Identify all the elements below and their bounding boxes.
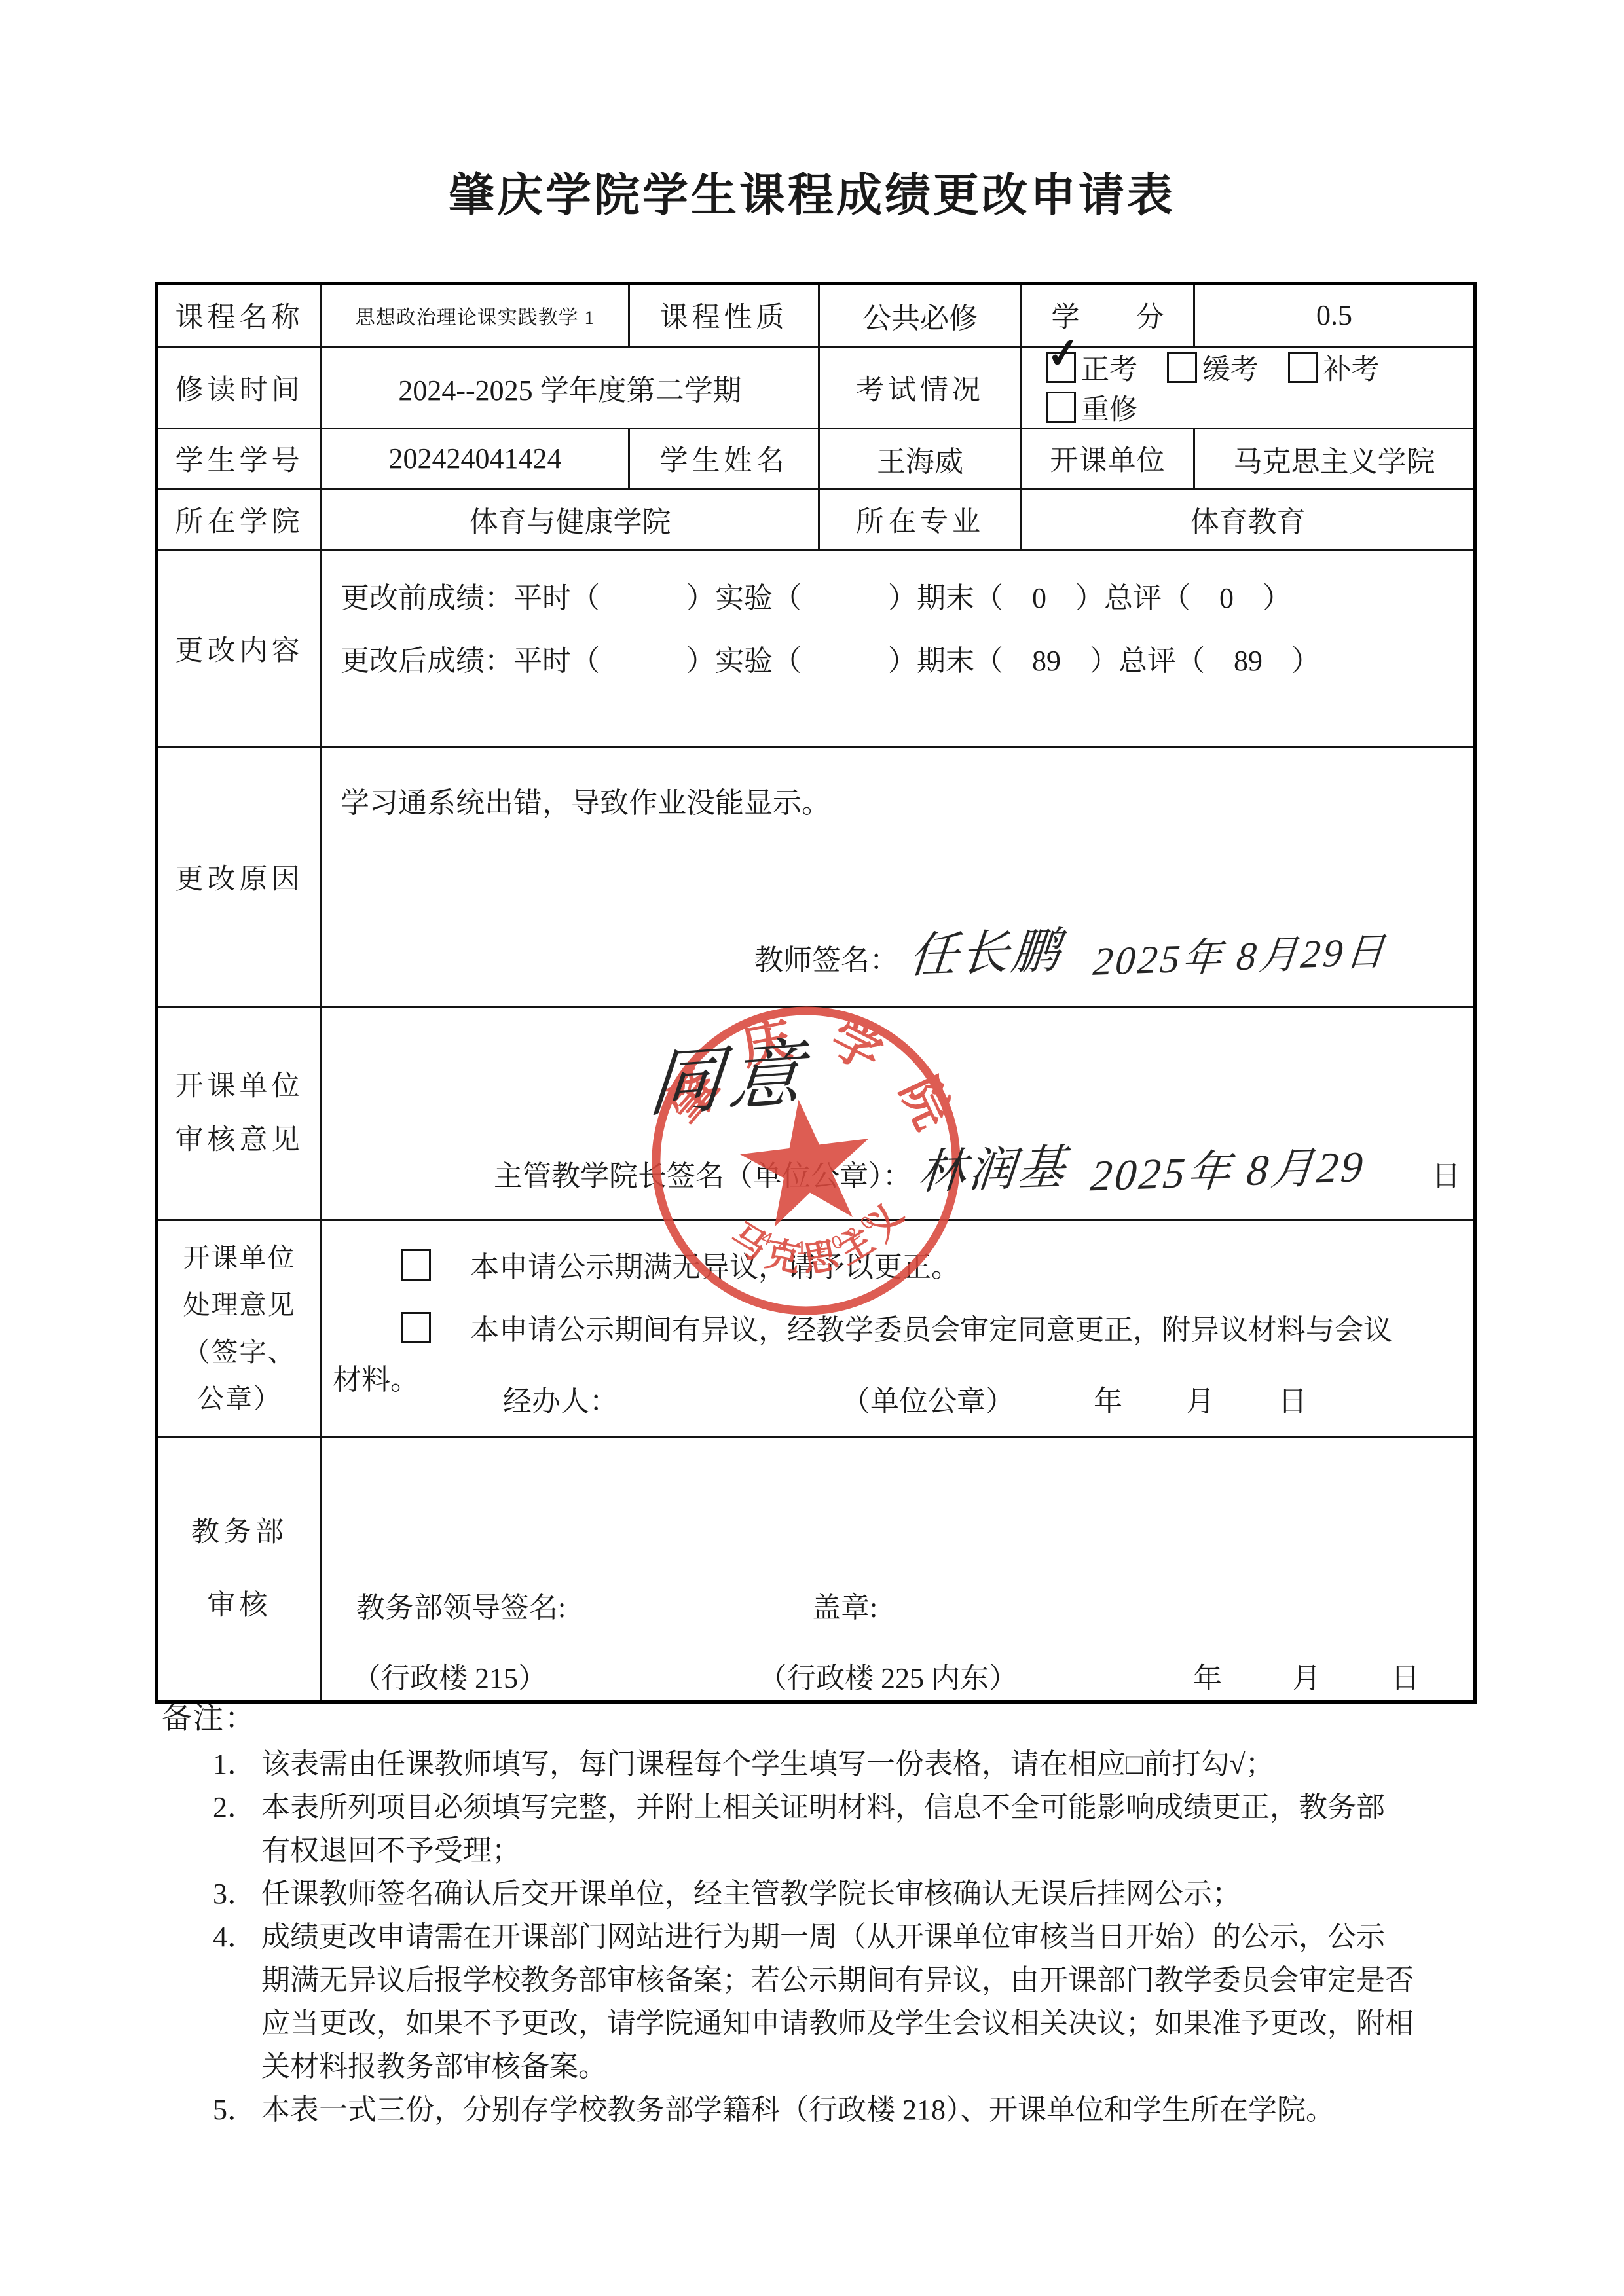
change-content-cell: 更改前成绩：平时（ ）实验（ ）期末（ 0 ）总评（ 0 ） 更改后成绩：平时（… bbox=[322, 550, 1475, 747]
day-label: 日 bbox=[1278, 1385, 1307, 1417]
registrar-cell: 教务部领导签名: 盖章: （行政楼 215） （行政楼 225 内东） 年 月 … bbox=[322, 1438, 1475, 1702]
scores-before-line: 更改前成绩：平时（ ）实验（ ）期末（ 0 ）总评（ 0 ） bbox=[341, 574, 1291, 616]
student-id-value: 202424041424 bbox=[322, 429, 629, 489]
student-name-label: 学生姓名 bbox=[629, 429, 819, 489]
unit-seal-placeholder: （单位公章） bbox=[841, 1385, 1014, 1417]
dean-signature-handwriting: 林润基 bbox=[916, 1129, 1071, 1202]
term-label: 修读时间 bbox=[157, 347, 322, 429]
note-item-2: 2． 本表所列项目必须填写完整，并附上相关证明材料，信息不全可能影响成绩更正，教… bbox=[213, 1786, 1478, 1872]
note-item-3: 3． 任课教师签名确认后交开课单位，经主管教学院长审核确认无误后挂网公示； bbox=[213, 1872, 1478, 1916]
checkbox-icon bbox=[401, 1249, 431, 1281]
major-value: 体育教育 bbox=[1022, 489, 1475, 550]
exam-option-makeup: 补考 bbox=[1288, 355, 1380, 386]
exam-option-normal: ✓正考 bbox=[1046, 355, 1137, 386]
note-item-1: 1． 该表需由任课教师填写，每门课程每个学生填写一份表格，请在相应□前打勾√； bbox=[213, 1743, 1478, 1786]
day-label: 日 bbox=[1391, 1662, 1420, 1694]
checkbox-icon bbox=[1167, 352, 1197, 383]
course-name-value: 思想政治理论课实践教学 1 bbox=[322, 283, 629, 347]
registrar-stamp-label: 盖章: bbox=[812, 1584, 877, 1626]
agent-line: 经办人： （单位公章） 年 月 日 bbox=[503, 1377, 1307, 1419]
registrar-date-line: 年 月 日 bbox=[1193, 1654, 1420, 1696]
change-reason-label: 更改原因 bbox=[157, 747, 322, 1008]
dean-signature-date-handwriting: 2025年 8月29 bbox=[1088, 1131, 1369, 1203]
teacher-signature-label: 教师签名： bbox=[754, 944, 898, 976]
major-label: 所在专业 bbox=[819, 489, 1022, 550]
course-type-label: 课程性质 bbox=[629, 283, 819, 347]
row-change-reason: 更改原因 学习通系统出错，导致作业没能显示。 教师签名： 任长鹏 2025年 8… bbox=[157, 747, 1475, 1008]
dean-signature-line: 主管教学院长签名（单位公章）： 林润基 2025年 8月29 日 bbox=[494, 1131, 1461, 1199]
offering-unit-value: 马克思主义学院 bbox=[1194, 429, 1475, 489]
row-change-content: 更改内容 更改前成绩：平时（ ）实验（ ）期末（ 0 ）总评（ 0 ） 更改后成… bbox=[157, 550, 1475, 747]
student-name-value: 王海威 bbox=[819, 429, 1022, 489]
note-item-4: 4． 成绩更改申请需在开课部门网站进行为期一周（从开课单位审核当日开始）的公示，… bbox=[213, 1916, 1478, 2088]
dean-signature-label: 主管教学院长签名（单位公章）： bbox=[494, 1160, 912, 1192]
row-unit-review: 开课单位 审核意见 同意 主管教学院长签名（单位公章）： 林润基 2025年 8… bbox=[157, 1008, 1475, 1220]
handling-option-2: 本申请公示期间有异议，经教学委员会审定同意更正，附异议材料与会议 bbox=[401, 1306, 1392, 1348]
check-icon: ✓ bbox=[1044, 332, 1082, 376]
registrar-location-1: （行政楼 215） bbox=[352, 1654, 547, 1696]
offering-unit-label: 开课单位 bbox=[1022, 429, 1194, 489]
row-term: 修读时间 2024--2025 学年度第二学期 考试情况 ✓正考 缓考 补考 重… bbox=[157, 347, 1475, 429]
agent-label: 经办人： bbox=[503, 1385, 618, 1417]
month-label: 月 bbox=[1186, 1385, 1215, 1417]
unit-review-label: 开课单位 审核意见 bbox=[157, 1008, 322, 1220]
handling-option-1: 本申请公示期满无异议，请予以更正。 bbox=[401, 1243, 960, 1285]
teacher-signature-handwriting: 任长鹏 bbox=[906, 912, 1065, 987]
exam-option-retake: 重修 bbox=[1046, 395, 1137, 426]
scanned-form-page: 肇庆学院学生课程成绩更改申请表 课程名称 思想政治理论课实践教学 1 课程性质 … bbox=[0, 0, 1624, 2296]
term-value: 2024--2025 学年度第二学期 bbox=[322, 347, 819, 429]
checkbox-icon bbox=[401, 1312, 431, 1343]
row-unit-handling: 开课单位 处理意见 （签字、 公章） 本申请公示期满无异议，请予以更正。 本申请… bbox=[157, 1220, 1475, 1438]
dean-signature-day-suffix: 日 bbox=[1432, 1160, 1461, 1192]
change-content-label: 更改内容 bbox=[157, 550, 322, 747]
registrar-location-2: （行政楼 225 内东） bbox=[758, 1654, 1018, 1696]
credit-value: 0.5 bbox=[1194, 283, 1475, 347]
note-item-5: 5． 本表一式三份，分别存学校教务部学籍科（行政楼 218）、开课单位和学生所在… bbox=[213, 2088, 1478, 2132]
notes-section: 备注： 1． 该表需由任课教师填写，每门课程每个学生填写一份表格，请在相应□前打… bbox=[162, 1697, 1478, 2132]
row-registrar-review: 教务部 审核 教务部领导签名: 盖章: （行政楼 215） （行政楼 225 内… bbox=[157, 1438, 1475, 1702]
unit-review-cell: 同意 主管教学院长签名（单位公章）： 林润基 2025年 8月29 日 bbox=[322, 1008, 1475, 1220]
year-label: 年 bbox=[1193, 1662, 1222, 1694]
checkbox-icon bbox=[1046, 392, 1076, 423]
registrar-signature-label: 教务部领导签名: bbox=[356, 1584, 566, 1626]
exam-status-options: ✓正考 缓考 补考 重修 bbox=[1022, 347, 1475, 429]
change-reason-text: 学习通系统出错，导致作业没能显示。 bbox=[341, 779, 830, 821]
unit-handling-cell: 本申请公示期满无异议，请予以更正。 本申请公示期间有异议，经教学委员会审定同意更… bbox=[322, 1220, 1475, 1438]
change-reason-cell: 学习通系统出错，导致作业没能显示。 教师签名： 任长鹏 2025年 8月29日 bbox=[322, 747, 1475, 1008]
unit-handling-label: 开课单位 处理意见 （签字、 公章） bbox=[157, 1220, 322, 1438]
scores-after-line: 更改后成绩：平时（ ）实验（ ）期末（ 89 ）总评（ 89 ） bbox=[341, 637, 1320, 679]
teacher-signature-line: 教师签名： 任长鹏 2025年 8月29日 bbox=[754, 915, 1388, 984]
teacher-signature-date-handwriting: 2025年 8月29日 bbox=[1091, 920, 1390, 987]
checkbox-checked-icon: ✓ bbox=[1046, 352, 1076, 383]
approval-handwriting: 同意 bbox=[645, 1014, 814, 1131]
grade-change-form-table: 课程名称 思想政治理论课实践教学 1 课程性质 公共必修 学 分 0.5 修读时… bbox=[155, 282, 1477, 1704]
registrar-label: 教务部 审核 bbox=[157, 1438, 322, 1702]
course-type-value: 公共必修 bbox=[819, 283, 1022, 347]
month-label: 月 bbox=[1292, 1662, 1321, 1694]
exam-option-deferred: 缓考 bbox=[1167, 355, 1259, 386]
page-title: 肇庆学院学生课程成绩更改申请表 bbox=[0, 158, 1624, 225]
college-value: 体育与健康学院 bbox=[322, 489, 819, 550]
notes-heading: 备注： bbox=[162, 1697, 1478, 1740]
row-course: 课程名称 思想政治理论课实践教学 1 课程性质 公共必修 学 分 0.5 bbox=[157, 283, 1475, 347]
row-college: 所在学院 体育与健康学院 所在专业 体育教育 bbox=[157, 489, 1475, 550]
row-student: 学生学号 202424041424 学生姓名 王海威 开课单位 马克思主义学院 bbox=[157, 429, 1475, 489]
year-label: 年 bbox=[1094, 1385, 1122, 1417]
student-id-label: 学生学号 bbox=[157, 429, 322, 489]
exam-status-label: 考试情况 bbox=[819, 347, 1022, 429]
college-label: 所在学院 bbox=[157, 489, 322, 550]
handling-option-2-continued: 材料。 bbox=[333, 1356, 419, 1398]
course-name-label: 课程名称 bbox=[157, 283, 322, 347]
checkbox-icon bbox=[1288, 352, 1318, 383]
